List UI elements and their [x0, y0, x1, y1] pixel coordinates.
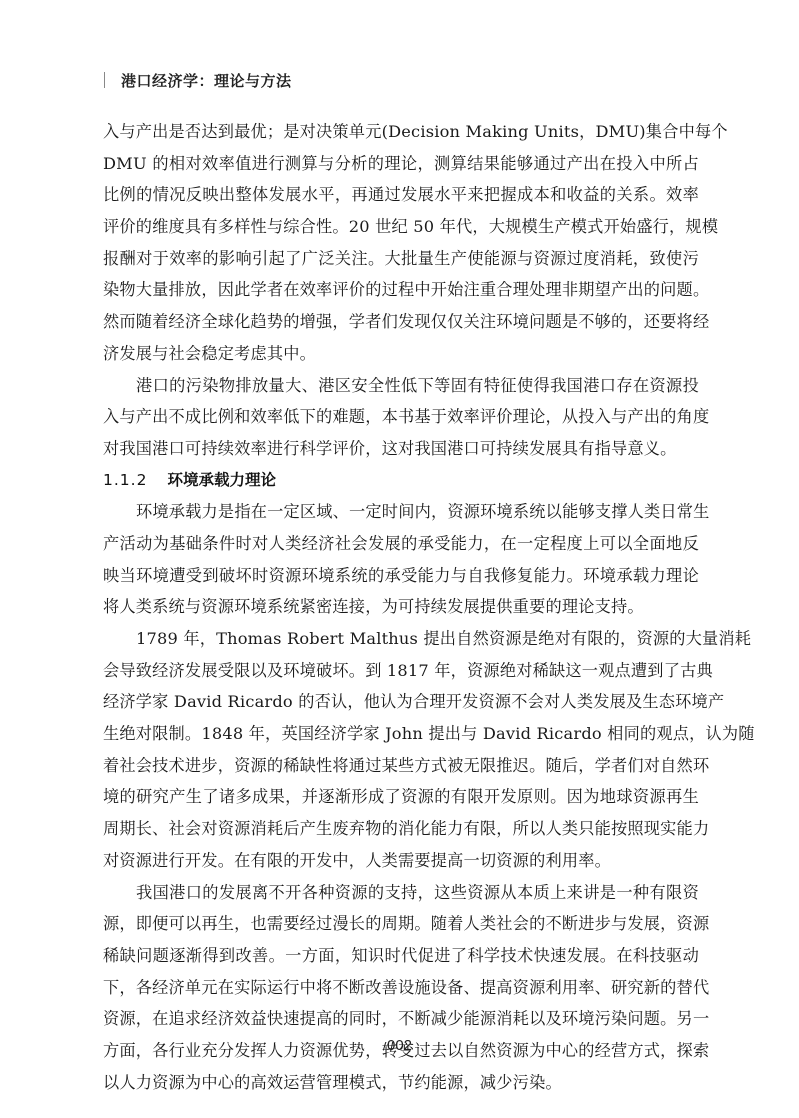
text-line: 入与产出不成比例和效率低下的难题，本书基于效率评价理论，从投入与产出的角度	[103, 401, 699, 433]
text-line: 港口的污染物排放量大、港区安全性低下等固有特征使得我国港口存在资源投	[103, 370, 699, 402]
text-line: 环境承载力是指在一定区域、一定时间内，资源环境系统以能够支撑人类日常生	[103, 496, 699, 528]
text-line: 映当环境遭受到破坏时资源环境系统的承受能力与自我修复能力。环境承载力理论	[103, 560, 699, 592]
paragraph: 入与产出是否达到最优；是对决策单元(Decision Making Units，…	[103, 116, 699, 370]
page-body: 入与产出是否达到最优；是对决策单元(Decision Making Units，…	[103, 116, 699, 1098]
text-line: 稀缺问题逐渐得到改善。一方面，知识时代促进了科学技术快速发展。在科技驱动	[103, 940, 699, 972]
page-number: 002	[0, 1037, 799, 1054]
section-heading: 1.1.2环境承载力理论	[103, 465, 699, 497]
text-line: 报酬对于效率的影响引起了广泛关注。大批量生产使能源与资源过度消耗，致使污	[103, 243, 699, 275]
text-line: 以人力资源为中心的高效运营管理模式，节约能源，减少污染。	[103, 1067, 699, 1099]
text-line: 对我国港口可持续效率进行科学评价，这对我国港口可持续发展具有指导意义。	[103, 433, 699, 465]
text-line: 下，各经济单元在实际运行中将不断改善设施设备、提高资源利用率、研究新的替代	[103, 972, 699, 1004]
text-line: 入与产出是否达到最优；是对决策单元(Decision Making Units，…	[103, 116, 699, 148]
paragraph: 环境承载力是指在一定区域、一定时间内，资源环境系统以能够支撑人类日常生 产活动为…	[103, 496, 699, 623]
running-title: 港口经济学：理论与方法	[121, 70, 292, 91]
text-line: 资源，在追求经济效益快速提高的同时，不断减少能源消耗以及环境污染问题。另一	[103, 1003, 699, 1035]
paragraph: 1789 年，Thomas Robert Malthus 提出自然资源是绝对有限…	[103, 623, 699, 877]
text-line: 生绝对限制。1848 年，英国经济学家 John 提出与 David Ricar…	[103, 718, 699, 750]
section-number: 1.1.2	[103, 471, 147, 489]
text-line: 着社会技术进步，资源的稀缺性将通过某些方式被无限推迟。随后，学者们对自然环	[103, 750, 699, 782]
text-line: 周期长、社会对资源消耗后产生废弃物的消化能力有限，所以人类只能按照现实能力	[103, 813, 699, 845]
paragraph: 港口的污染物排放量大、港区安全性低下等固有特征使得我国港口存在资源投 入与产出不…	[103, 370, 699, 465]
text-line: 我国港口的发展离不开各种资源的支持，这些资源从本质上来讲是一种有限资	[103, 877, 699, 909]
text-line: DMU 的相对效率值进行测算与分析的理论，测算结果能够通过产出在投入中所占	[103, 148, 699, 180]
text-line: 境的研究产生了诸多成果，并逐渐形成了资源的有限开发原则。因为地球资源再生	[103, 781, 699, 813]
text-line: 比例的情况反映出整体发展水平，再通过发展水平来把握成本和收益的关系。效率	[103, 179, 699, 211]
text-line: 评价的维度具有多样性与综合性。20 世纪 50 年代，大规模生产模式开始盛行，规…	[103, 211, 699, 243]
text-line: 会导致经济发展受限以及环境破坏。到 1817 年，资源绝对稀缺这一观点遭到了古典	[103, 655, 699, 687]
text-line: 1789 年，Thomas Robert Malthus 提出自然资源是绝对有限…	[103, 623, 699, 655]
header-divider	[104, 72, 105, 88]
running-header: 港口经济学：理论与方法	[104, 68, 292, 92]
section-title: 环境承载力理论	[167, 471, 276, 489]
text-line: 经济学家 David Ricardo 的否认，他认为合理开发资源不会对人类发展及…	[103, 686, 699, 718]
text-line: 济发展与社会稳定考虑其中。	[103, 338, 699, 370]
text-line: 源，即便可以再生，也需要经过漫长的周期。随着人类社会的不断进步与发展，资源	[103, 908, 699, 940]
paragraph: 我国港口的发展离不开各种资源的支持，这些资源从本质上来讲是一种有限资 源，即便可…	[103, 877, 699, 1099]
text-line: 然而随着经济全球化趋势的增强，学者们发现仅仅关注环境问题是不够的，还要将经	[103, 306, 699, 338]
text-line: 对资源进行开发。在有限的开发中，人类需要提高一切资源的利用率。	[103, 845, 699, 877]
text-line: 将人类系统与资源环境系统紧密连接，为可持续发展提供重要的理论支持。	[103, 591, 699, 623]
text-line: 染物大量排放，因此学者在效率评价的过程中开始注重合理处理非期望产出的问题。	[103, 274, 699, 306]
text-line: 产活动为基础条件时对人类经济社会发展的承受能力，在一定程度上可以全面地反	[103, 528, 699, 560]
